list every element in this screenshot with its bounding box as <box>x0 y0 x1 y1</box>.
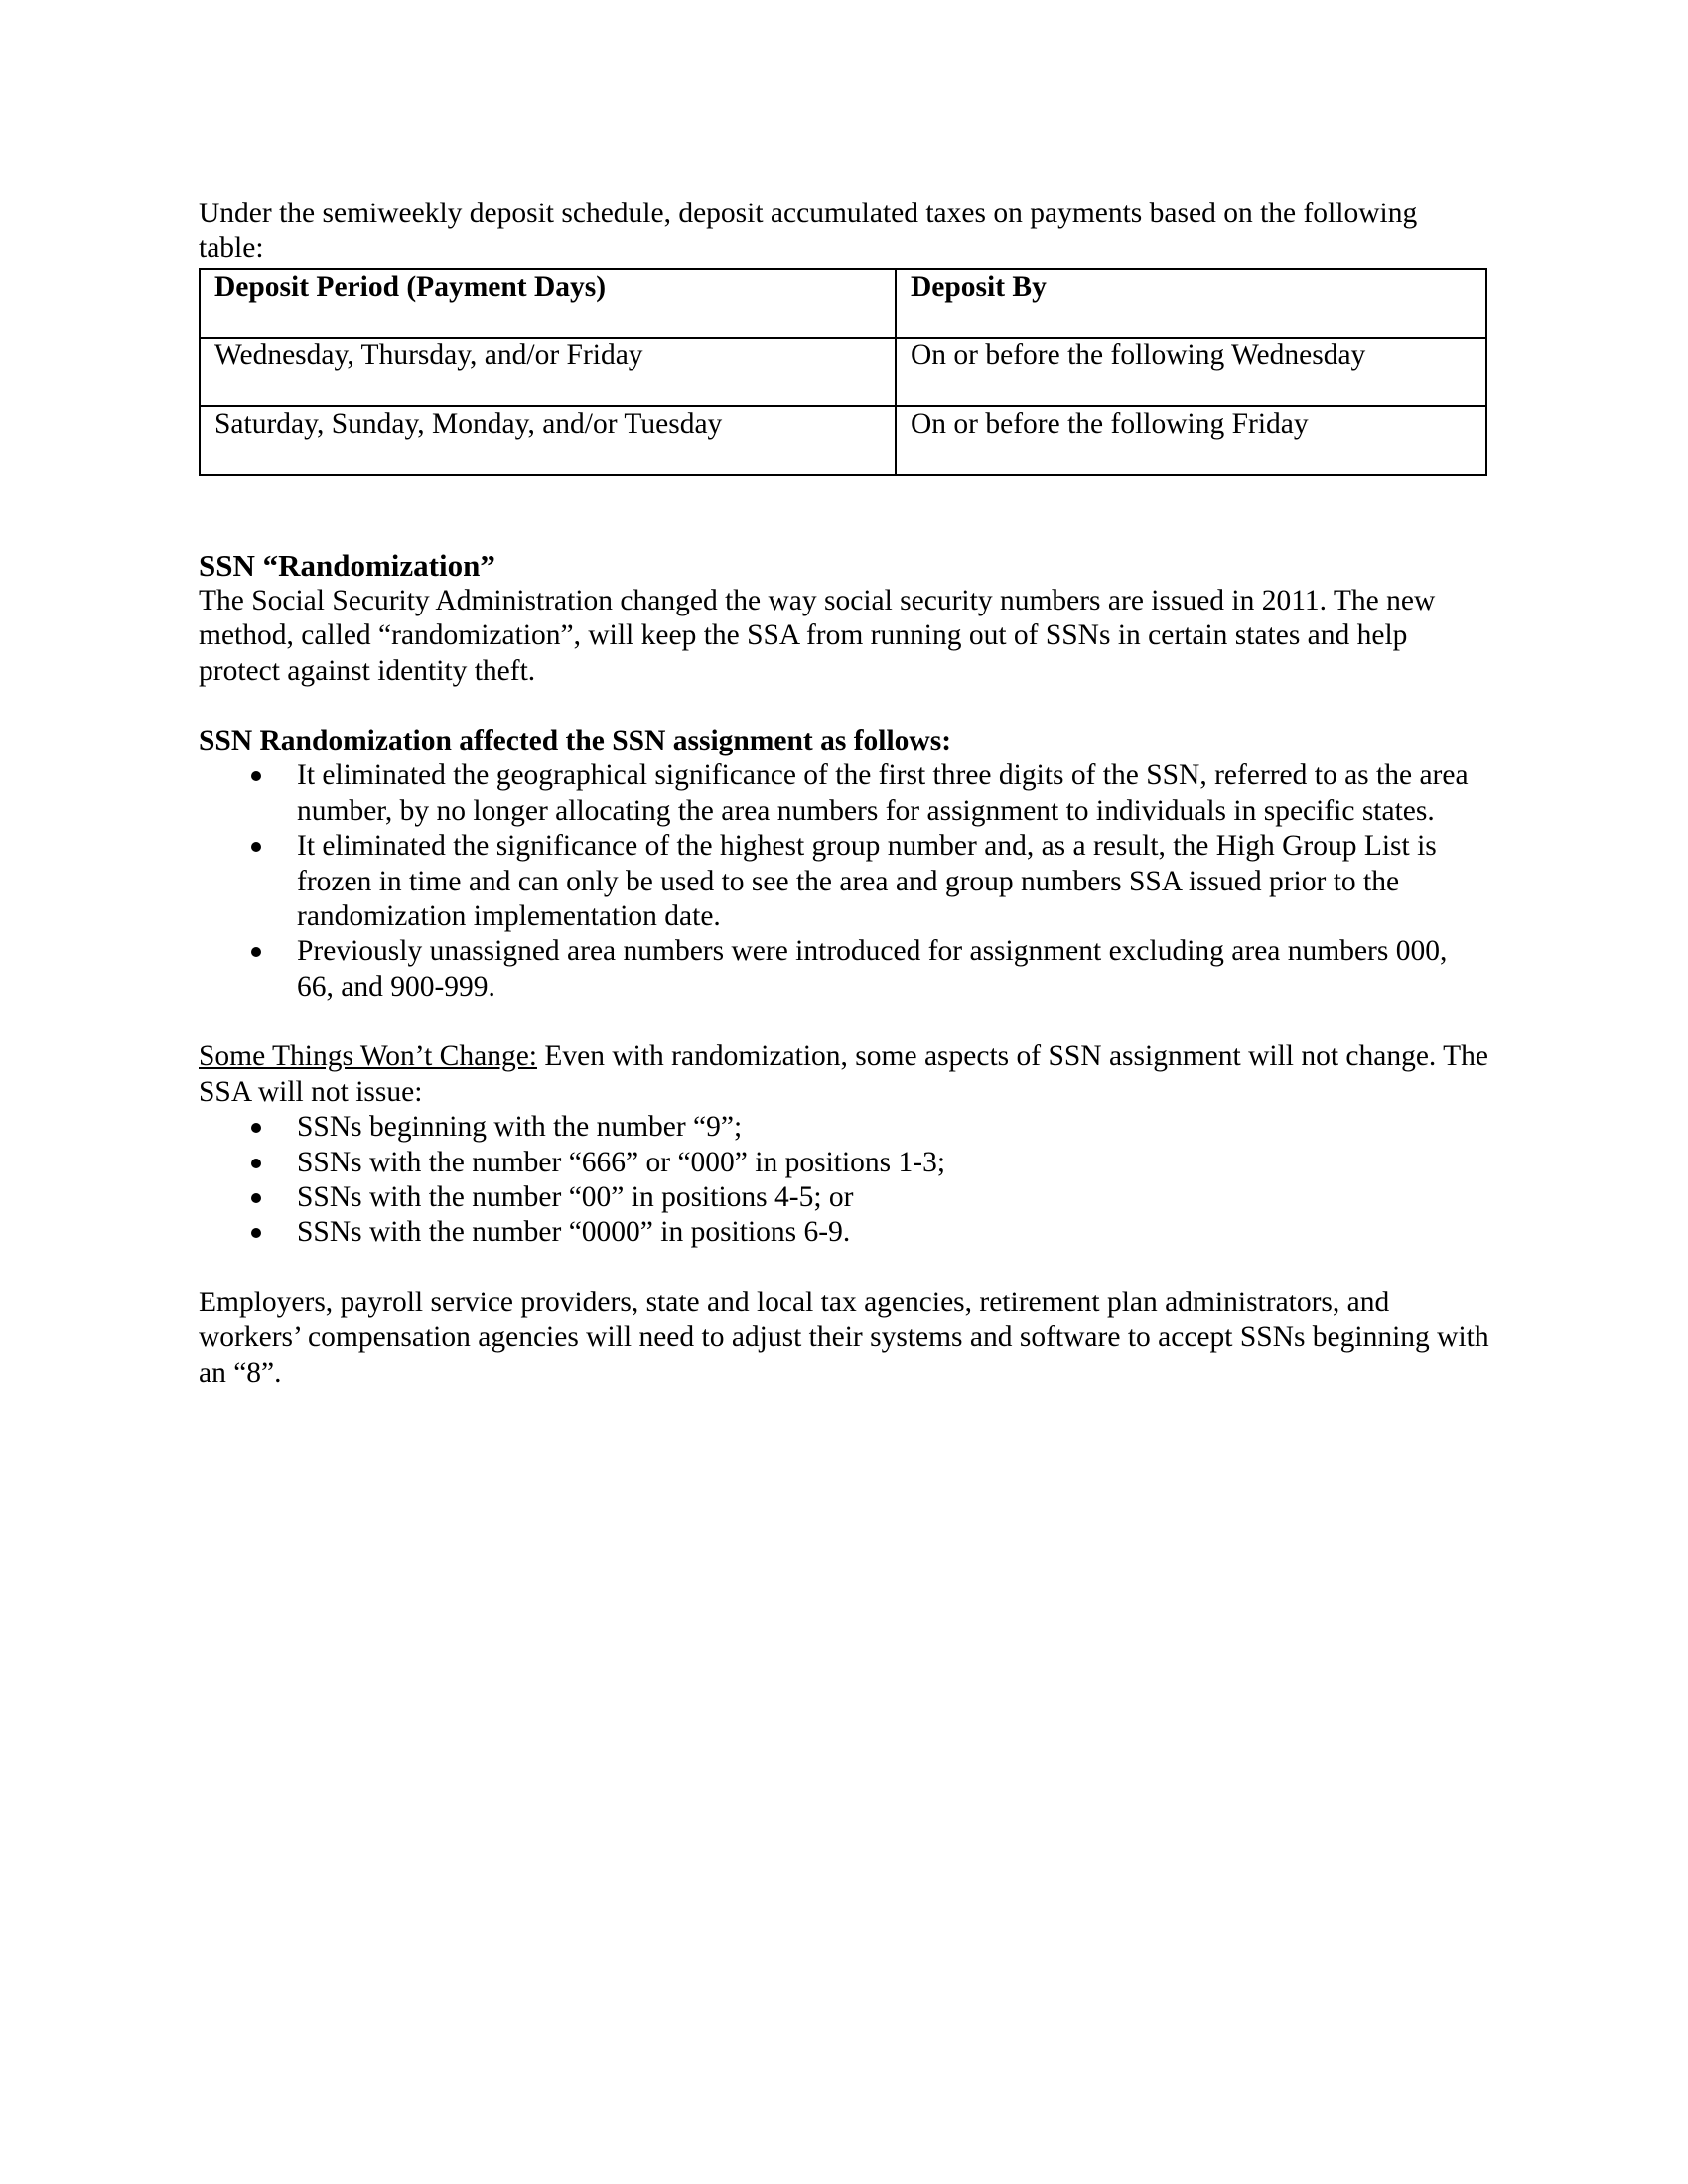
table-row: Saturday, Sunday, Monday, and/or Tuesday… <box>200 406 1486 475</box>
list-item-text: It eliminated the geographical significa… <box>297 759 1469 826</box>
bullet-icon <box>251 1193 261 1203</box>
list-item: SSNs with the number “00” in positions 4… <box>199 1180 1489 1215</box>
intro-paragraph: Under the semiweekly deposit schedule, d… <box>199 197 1489 267</box>
cell-deposit-by: On or before the following Wednesday <box>896 338 1486 406</box>
header-deposit-period: Deposit Period (Payment Days) <box>200 269 896 338</box>
list-item: SSNs with the number “0000” in positions… <box>199 1215 1489 1250</box>
list-item: SSNs beginning with the number “9”; <box>199 1110 1489 1145</box>
unchanged-label: Some Things Won’t Change: <box>199 1040 537 1072</box>
list-item-text: SSNs with the number “0000” in positions… <box>297 1216 850 1248</box>
bullet-icon <box>251 1123 261 1133</box>
document-page: Under the semiweekly deposit schedule, d… <box>199 197 1489 1391</box>
list-item-text: SSNs with the number “666” or “000” in p… <box>297 1147 945 1178</box>
bullet-icon <box>251 1159 261 1168</box>
list-item: It eliminated the significance of the hi… <box>199 829 1489 934</box>
closing-paragraph: Employers, payroll service providers, st… <box>199 1286 1489 1391</box>
list-item-text: SSNs with the number “00” in positions 4… <box>297 1181 853 1213</box>
section-paragraph: The Social Security Administration chang… <box>199 584 1489 689</box>
not-issued-list: SSNs beginning with the number “9”; SSNs… <box>199 1110 1489 1251</box>
list-item-text: It eliminated the significance of the hi… <box>297 830 1437 932</box>
list-item-text: Previously unassigned area numbers were … <box>297 935 1447 1002</box>
cell-deposit-by: On or before the following Friday <box>896 406 1486 475</box>
cell-period: Saturday, Sunday, Monday, and/or Tuesday <box>200 406 896 475</box>
header-deposit-by: Deposit By <box>896 269 1486 338</box>
bullet-icon <box>251 842 261 852</box>
section-heading: SSN “Randomization” <box>199 547 1489 584</box>
effects-subheading: SSN Randomization affected the SSN assig… <box>199 724 1489 758</box>
bullet-icon <box>251 771 261 781</box>
deposit-schedule-table: Deposit Period (Payment Days) Deposit By… <box>199 268 1487 476</box>
list-item: SSNs with the number “666” or “000” in p… <box>199 1146 1489 1180</box>
cell-period: Wednesday, Thursday, and/or Friday <box>200 338 896 406</box>
bullet-icon <box>251 947 261 957</box>
list-item: It eliminated the geographical significa… <box>199 758 1489 829</box>
list-item: Previously unassigned area numbers were … <box>199 934 1489 1005</box>
table-row: Wednesday, Thursday, and/or Friday On or… <box>200 338 1486 406</box>
unchanged-paragraph: Some Things Won’t Change: Even with rand… <box>199 1039 1489 1110</box>
effects-list: It eliminated the geographical significa… <box>199 758 1489 1005</box>
table-header-row: Deposit Period (Payment Days) Deposit By <box>200 269 1486 338</box>
bullet-icon <box>251 1228 261 1238</box>
list-item-text: SSNs beginning with the number “9”; <box>297 1111 742 1143</box>
